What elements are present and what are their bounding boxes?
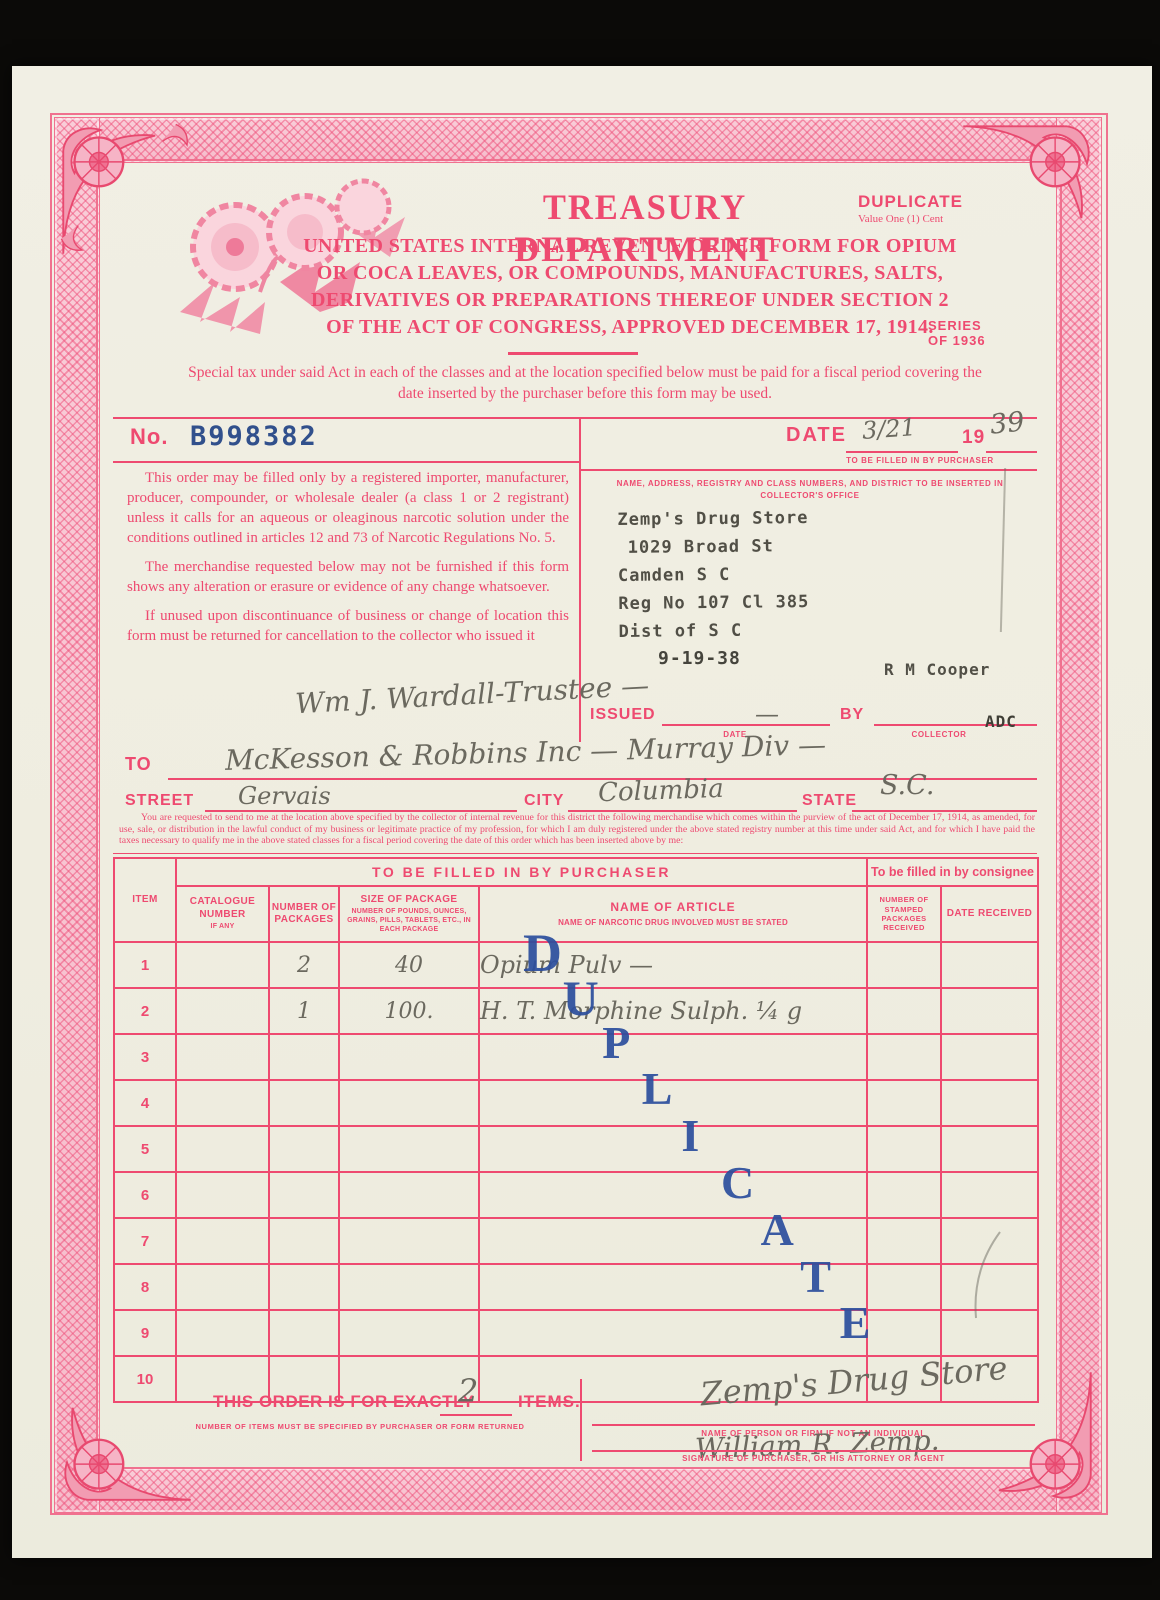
cell-received <box>941 1080 1038 1126</box>
cell-packages: 2 <box>269 942 339 988</box>
serial-box-bottom-line <box>113 461 579 463</box>
cell-stamped <box>867 1172 941 1218</box>
issued-date-line <box>662 724 830 726</box>
table-row: 21100.H. T. Morphine Sulph. ¼ g <box>114 988 1038 1034</box>
street-label: STREET <box>125 792 194 810</box>
table-row: 4 <box>114 1080 1038 1126</box>
date-box-bottom-line <box>579 469 1037 471</box>
cell-size <box>339 1034 479 1080</box>
date-note-label: TO BE FILLED IN BY PURCHASER <box>800 456 1040 465</box>
size-header-label: SIZE OF PACKAGE <box>361 894 458 905</box>
city-handwriting: Columbia <box>598 774 725 808</box>
consignee-band-header: To be filled in by consignee <box>867 858 1038 886</box>
collector-office-note: NAME, ADDRESS, REGISTRY AND CLASS NUMBER… <box>600 478 1020 502</box>
col-header-catalogue: CATALOGUE NUMBER IF ANY <box>176 886 269 942</box>
cell-stamped <box>867 1080 941 1126</box>
cell-packages: 1 <box>269 988 339 1034</box>
cell-article <box>479 1080 867 1126</box>
cell-stamped <box>867 1310 941 1356</box>
request-paragraph: You are requested to send to me at the l… <box>119 812 1035 847</box>
table-row: 1240Opium Pulv — <box>114 942 1038 988</box>
cell-catalogue <box>176 1310 269 1356</box>
col-header-article: NAME OF ARTICLE NAME OF NARCOTIC DRUG IN… <box>479 886 867 942</box>
table-row: 5 <box>114 1126 1038 1172</box>
article-header-label: NAME OF ARTICLE <box>610 900 735 914</box>
cell-packages <box>269 1126 339 1172</box>
city-label: CITY <box>524 792 564 810</box>
stamped-district-line: Dist of S C <box>618 616 809 646</box>
cell-received <box>941 1126 1038 1172</box>
by-label: BY <box>840 706 864 724</box>
form-subtitle-line: OF THE ACT OF CONGRESS, APPROVED DECEMBE… <box>240 314 1020 341</box>
form-subtitle-line: OR COCA LEAVES, OR COMPOUNDS, MANUFACTUR… <box>240 260 1020 287</box>
cell-received <box>941 1172 1038 1218</box>
collector-initials-stamp: ADC <box>985 712 1017 731</box>
size-header-sublabel: NUMBER OF POUNDS, OUNCES, GRAINS, PILLS,… <box>340 908 478 934</box>
cell-item: 8 <box>114 1264 176 1310</box>
cell-article <box>479 1310 867 1356</box>
cell-item: 3 <box>114 1034 176 1080</box>
cell-size <box>339 1310 479 1356</box>
stamped-city-line: Camden S C <box>618 560 809 590</box>
instruction-paragraph-1: This order may be filled only by a regis… <box>127 468 569 548</box>
collector-name-stamp: R M Cooper <box>884 660 990 679</box>
cell-item: 1 <box>114 942 176 988</box>
cell-catalogue <box>176 1034 269 1080</box>
table-row: 7 <box>114 1218 1038 1264</box>
cell-item: 6 <box>114 1172 176 1218</box>
signature-line <box>592 1450 1035 1452</box>
issued-label: ISSUED <box>590 706 656 724</box>
catalogue-header-label: CATALOGUE NUMBER <box>190 896 255 920</box>
cell-article <box>479 1218 867 1264</box>
series-label: SERIES <box>928 318 986 333</box>
date-printed-19: 19 <box>962 427 985 449</box>
stamped-address-line: 1029 Broad St <box>618 532 809 562</box>
header-rule <box>508 352 638 355</box>
series-year-label: OF 1936 <box>928 333 986 348</box>
date-year-line <box>986 451 1037 453</box>
intro-paragraph: Special tax under said Act in each of th… <box>185 362 985 404</box>
cell-received <box>941 988 1038 1034</box>
cell-size <box>339 1126 479 1172</box>
duplicate-value-label: Value One (1) Cent <box>858 213 1008 225</box>
serial-number: B998382 <box>190 421 318 452</box>
cell-catalogue <box>176 1218 269 1264</box>
cell-article <box>479 1126 867 1172</box>
signature-label: SIGNATURE OF PURCHASER, OR HIS ATTORNEY … <box>592 1454 1035 1463</box>
items-label: ITEMS. <box>518 1392 581 1412</box>
table-top-rule <box>113 853 1037 854</box>
cell-catalogue <box>176 988 269 1034</box>
table-row: 8 <box>114 1264 1038 1310</box>
cell-stamped <box>867 942 941 988</box>
duplicate-label: DUPLICATE <box>858 192 1008 212</box>
col-header-item: ITEM <box>114 858 176 942</box>
cell-stamped <box>867 988 941 1034</box>
instruction-paragraph-3: If unused upon discontinuance of busines… <box>127 606 569 646</box>
cell-article <box>479 1264 867 1310</box>
date-blank-line <box>846 451 958 453</box>
firm-name-line <box>592 1424 1035 1426</box>
cell-size: 100. <box>339 988 479 1034</box>
stamped-name-line: Zemp's Drug Store <box>617 504 808 534</box>
cell-item: 4 <box>114 1080 176 1126</box>
cell-packages <box>269 1264 339 1310</box>
cell-packages <box>269 1172 339 1218</box>
cell-packages <box>269 1080 339 1126</box>
items-count-handwriting: 2 <box>458 1372 478 1410</box>
cell-size <box>339 1172 479 1218</box>
article-header-sublabel: NAME OF NARCOTIC DRUG INVOLVED MUST BE S… <box>480 918 866 928</box>
order-table: ITEM TO BE FILLED IN BY PURCHASER To be … <box>113 857 1039 1403</box>
cell-article <box>479 1172 867 1218</box>
col-header-size: SIZE OF PACKAGE NUMBER OF POUNDS, OUNCES… <box>339 886 479 942</box>
col-header-packages: NUMBER OF PACKAGES <box>269 886 339 942</box>
cell-received <box>941 942 1038 988</box>
cell-size <box>339 1264 479 1310</box>
catalogue-header-sublabel: IF ANY <box>177 923 268 932</box>
scanned-form-screen: TREASURY DEPARTMENT DUPLICATE Value One … <box>0 0 1160 1600</box>
cell-article: H. T. Morphine Sulph. ¼ g <box>479 988 867 1034</box>
cell-item: 5 <box>114 1126 176 1172</box>
issued-date-stamp: 9-19-38 <box>658 648 741 669</box>
cell-item: 7 <box>114 1218 176 1264</box>
form-content: TREASURY DEPARTMENT DUPLICATE Value One … <box>0 0 1160 1600</box>
cell-packages <box>269 1034 339 1080</box>
cell-catalogue <box>176 1080 269 1126</box>
cell-stamped <box>867 1218 941 1264</box>
cell-received <box>941 1034 1038 1080</box>
order-table-body: 1240Opium Pulv —21100.H. T. Morphine Sul… <box>114 942 1038 1402</box>
to-handwriting: McKesson & Robbins Inc — Murray Div — <box>225 728 827 777</box>
table-row: 9 <box>114 1310 1038 1356</box>
cell-packages <box>269 1218 339 1264</box>
cell-item: 2 <box>114 988 176 1034</box>
cell-article <box>479 1034 867 1080</box>
cell-article: Opium Pulv — <box>479 942 867 988</box>
table-row: 3 <box>114 1034 1038 1080</box>
state-label: STATE <box>802 792 857 810</box>
cell-catalogue <box>176 942 269 988</box>
form-subtitle-line: DERIVATIVES OR PREPARATIONS THEREOF UNDE… <box>240 287 1020 314</box>
purchaser-band-header: TO BE FILLED IN BY PURCHASER <box>176 858 867 886</box>
items-blank-line <box>440 1414 512 1416</box>
serial-label: No. <box>130 424 168 450</box>
form-subtitle-line: UNITED STATES INTERNAL REVENUE ORDER FOR… <box>240 233 1020 260</box>
cell-catalogue <box>176 1264 269 1310</box>
date-handwriting: 3/21 <box>861 413 917 445</box>
date-year-handwriting: 39 <box>988 406 1025 440</box>
collector-sublabel: COLLECTOR <box>884 730 994 739</box>
state-handwriting: S.C. <box>880 770 934 801</box>
col-header-stamped: NUMBER OF STAMPED PACKAGES RECEIVED <box>867 886 941 942</box>
stamped-registry-line: Reg No 107 Cl 385 <box>618 588 809 618</box>
pencil-mark-icon <box>970 1230 1010 1325</box>
cell-size: 40 <box>339 942 479 988</box>
cell-packages <box>269 1310 339 1356</box>
order-exactly-label: THIS ORDER IS FOR EXACTLY <box>213 1392 474 1412</box>
cell-item: 10 <box>114 1356 176 1402</box>
street-handwriting: Gervais <box>238 782 331 810</box>
date-label: DATE <box>786 424 847 447</box>
to-label: TO <box>125 754 152 775</box>
cell-stamped <box>867 1264 941 1310</box>
col-header-received: DATE RECEIVED <box>941 886 1038 942</box>
cell-catalogue <box>176 1126 269 1172</box>
cell-item: 9 <box>114 1310 176 1356</box>
table-row: 6 <box>114 1172 1038 1218</box>
issued-dash-handwriting: — <box>755 700 779 728</box>
instruction-paragraph-2: The merchandise requested below may not … <box>127 557 569 597</box>
cell-catalogue <box>176 1172 269 1218</box>
cell-size <box>339 1080 479 1126</box>
cell-stamped <box>867 1126 941 1172</box>
cell-stamped <box>867 1034 941 1080</box>
cell-size <box>339 1218 479 1264</box>
items-note-label: NUMBER OF ITEMS MUST BE SPECIFIED BY PUR… <box>150 1422 570 1431</box>
